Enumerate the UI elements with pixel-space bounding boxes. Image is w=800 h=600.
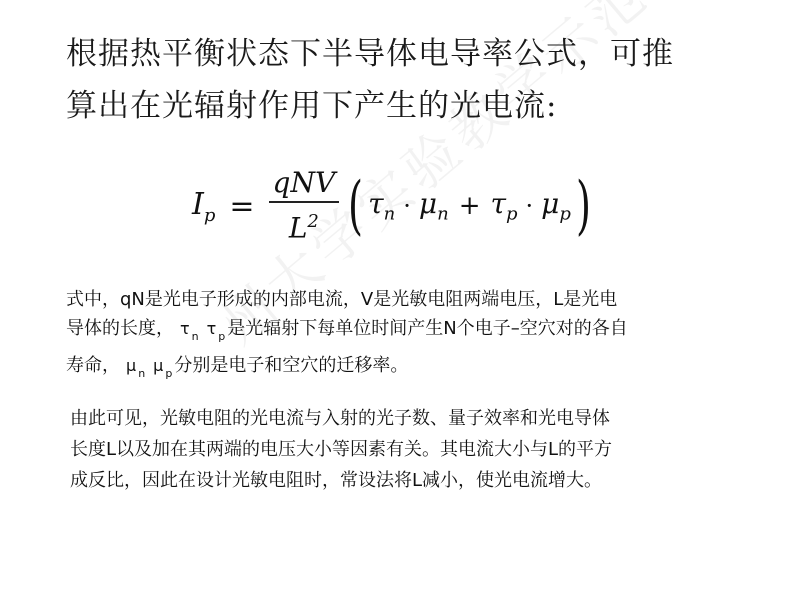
title-line-2: 算出在光辐射作用下产生的光电流: <box>66 80 766 132</box>
para2-line-1: 由此可见，光敏电阻的光电流与入射的光子数、量子效率和光电导体 <box>70 403 770 434</box>
para2-line-2: 长度L以及加在其两端的电压大小等因素有关。其电流大小与L的平方 <box>70 434 770 465</box>
fraction-numerator: qNV <box>269 165 340 203</box>
term-mu-n: μn <box>419 187 449 225</box>
photocurrent-formula: Ip = qNV L2 ( τn · μn + τp · μp ) <box>192 160 596 252</box>
dot-operator: · <box>526 192 534 220</box>
para1-line-2: 导体的长度，τnτp是光辐射下每单位时间产生N个电子–空穴对的各自 <box>66 314 766 351</box>
formula-fraction: qNV L2 <box>269 165 340 247</box>
term-tau-p: τp <box>490 187 517 225</box>
formula-equals: = <box>229 189 254 224</box>
conclusion-paragraph: 由此可见，光敏电阻的光电流与入射的光子数、量子效率和光电导体 长度L以及加在其两… <box>70 403 770 496</box>
para1-line-3: 寿命，μnμp分别是电子和空穴的迁移率。 <box>66 351 766 388</box>
term-tau-n: τn <box>368 187 395 225</box>
plus-operator: + <box>459 191 481 221</box>
term-mu-p: μp <box>541 187 571 225</box>
title-line-1: 根据热平衡状态下半导体电导率公式，可推 <box>66 28 766 80</box>
fraction-denominator: L2 <box>289 203 319 247</box>
close-paren: ) <box>576 174 591 238</box>
open-paren: ( <box>348 174 363 238</box>
formula-lhs: Ip <box>192 187 215 226</box>
para2-line-3: 成反比，因此在设计光敏电阻时，常设法将L减小，使光电流增大。 <box>70 465 770 496</box>
slide-title: 根据热平衡状态下半导体电导率公式，可推 算出在光辐射作用下产生的光电流: <box>66 28 766 132</box>
explanation-paragraph: 式中，qN是光电子形成的内部电流，V是光敏电阻两端电压，L是光电 导体的长度，τ… <box>66 285 766 388</box>
para1-line-1: 式中，qN是光电子形成的内部电流，V是光敏电阻两端电压，L是光电 <box>66 285 766 314</box>
dot-operator: · <box>403 192 411 220</box>
